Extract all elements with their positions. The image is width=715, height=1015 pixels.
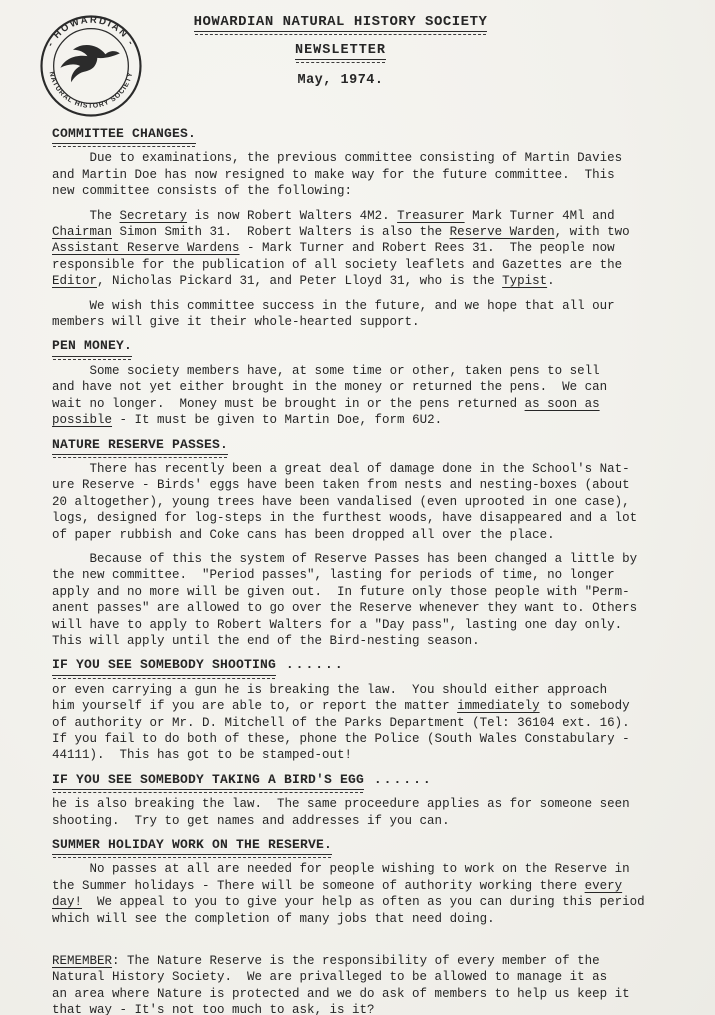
paragraph: he is also breaking the law. The same pr…: [52, 796, 669, 829]
heading-dots: ......: [364, 772, 433, 787]
section-heading: SUMMER HOLIDAY WORK ON THE RESERVE.: [52, 837, 332, 855]
newsletter-page: - HOWARDIAN - NATURAL HISTORY SOCIETY HO…: [0, 0, 715, 1015]
paragraph: No passes at all are needed for people w…: [52, 861, 669, 927]
page-header: - HOWARDIAN - NATURAL HISTORY SOCIETY HO…: [0, 0, 715, 116]
issue-date: May, 1974.: [53, 73, 628, 88]
page-title: HOWARDIAN NATURAL HISTORY SOCIETY: [194, 14, 488, 32]
paragraph: or even carrying a gun he is breaking th…: [52, 682, 669, 764]
section-somebody-shooting: IF YOU SEE SOMEBODY SHOOTING ...... or e…: [52, 657, 669, 763]
section-heading: COMMITTEE CHANGES.: [52, 126, 196, 144]
paragraph: Some society members have, at some time …: [52, 363, 669, 429]
heading-dots: ......: [276, 657, 345, 672]
paragraph: We wish this committee success in the fu…: [52, 298, 669, 331]
section-summer-holiday-work: SUMMER HOLIDAY WORK ON THE RESERVE. No p…: [52, 837, 669, 927]
section-heading: PEN MONEY.: [52, 338, 132, 356]
paragraph: The Secretary is now Robert Walters 4M2.…: [52, 208, 669, 290]
paragraph: REMEMBER: The Nature Reserve is the resp…: [52, 953, 669, 1015]
masthead: HOWARDIAN NATURAL HISTORY SOCIETY NEWSLE…: [53, 14, 628, 88]
section-heading: IF YOU SEE SOMEBODY SHOOTING: [52, 657, 276, 675]
section-nature-reserve-passes: NATURE RESERVE PASSES. There has recentl…: [52, 437, 669, 650]
section-remember-note: REMEMBER: The Nature Reserve is the resp…: [52, 953, 669, 1015]
section-pen-money: PEN MONEY. Some society members have, at…: [52, 338, 669, 428]
paragraph: Because of this the system of Reserve Pa…: [52, 551, 669, 649]
section-taking-birds-egg: IF YOU SEE SOMEBODY TAKING A BIRD'S EGG …: [52, 772, 669, 829]
section-heading: IF YOU SEE SOMEBODY TAKING A BIRD'S EGG: [52, 772, 364, 790]
section-committee-changes: COMMITTEE CHANGES. Due to examinations, …: [52, 126, 669, 330]
paragraph: Due to examinations, the previous commit…: [52, 150, 669, 199]
newsletter-subtitle: NEWSLETTER: [295, 43, 386, 60]
section-heading: NATURE RESERVE PASSES.: [52, 437, 228, 455]
newsletter-body: COMMITTEE CHANGES. Due to examinations, …: [0, 116, 715, 1015]
paragraph: There has recently been a great deal of …: [52, 461, 669, 543]
